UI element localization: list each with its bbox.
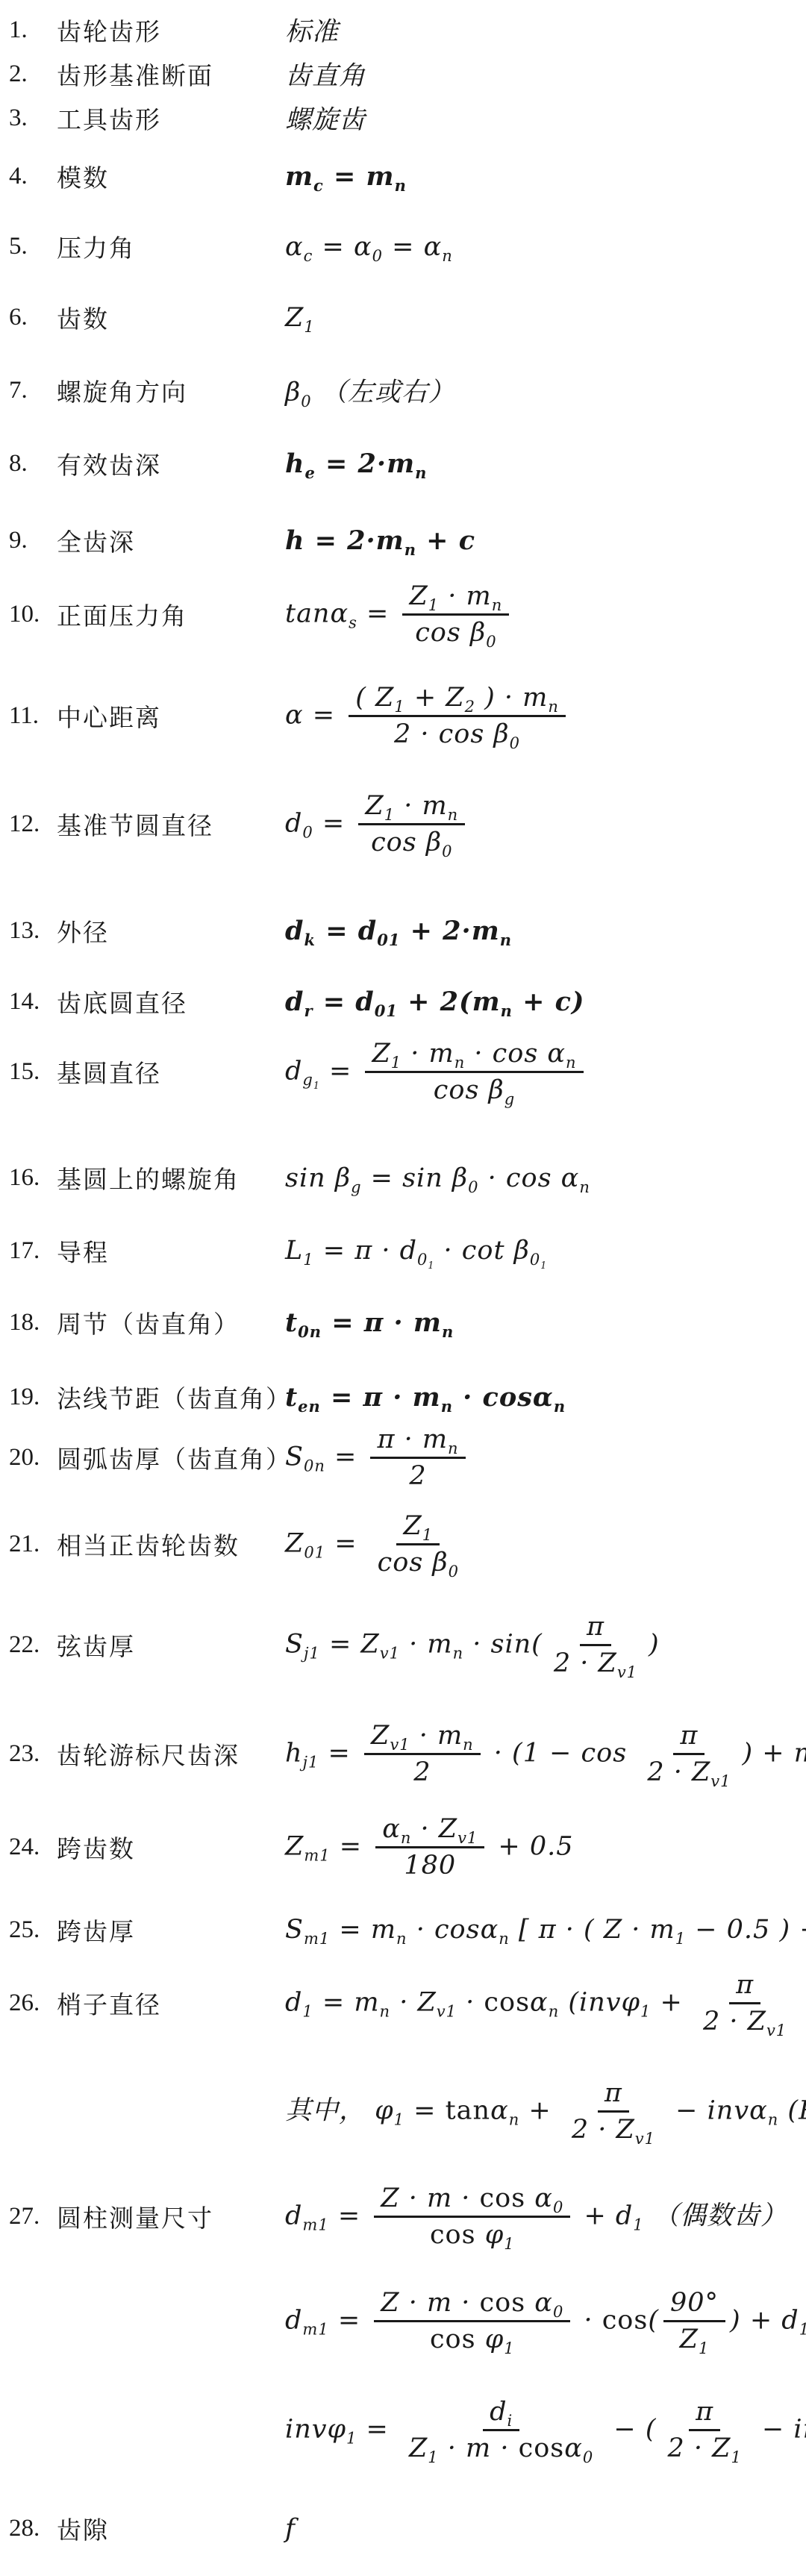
- formula-row: 18. 周节（齿直角） t0n = π · mn: [9, 1305, 806, 1340]
- item-number: 17.: [9, 1237, 57, 1265]
- item-formula: he = 2·mn: [285, 448, 806, 479]
- formula-row: 23. 齿轮游标尺齿深 hj1 = Zv1 · mn2 · (1 − cos π…: [9, 1721, 806, 1788]
- item-formula: dg1 = Z1 · mn · cos αncos βg: [285, 1039, 806, 1106]
- item-formula: L1 = π · d01 · cot β01: [285, 1236, 806, 1266]
- formula-continuation-row: dm1 = Z · m · cos α0cos φ1 · cos(90°Z1) …: [9, 2288, 806, 2355]
- item-number: 13.: [9, 917, 57, 945]
- item-label: 压力角: [57, 229, 285, 264]
- item-number: 27.: [9, 2203, 57, 2230]
- item-label: 外径: [57, 913, 285, 948]
- item-label: 齿隙: [57, 2511, 285, 2546]
- formula-row: 11. 中心距离 α = ( Z1 + Z2 ) · mn2 · cos β0: [9, 683, 806, 750]
- item-label: 工具齿形: [57, 101, 285, 136]
- formula-row: 27. 圆柱测量尺寸 dm1 = Z · m · cos α0cos φ1 + …: [9, 2183, 806, 2251]
- item-formula: Sj1 = Zv1 · mn · sin(π2 · Zv1): [285, 1612, 806, 1679]
- item-formula: Zm1 = αn · Zv1180 + 0.5: [285, 1814, 806, 1881]
- item-formula: Z01 = Z1cos β0: [285, 1511, 806, 1578]
- item-label: 全齿深: [57, 523, 285, 558]
- item-number: 25.: [9, 1916, 57, 1944]
- item-label: 齿底圆直径: [57, 984, 285, 1019]
- formula-row: 7. 螺旋角方向 β0 （左或右）: [9, 372, 806, 409]
- item-label: 齿形基准断面: [57, 57, 285, 92]
- item-formula: dm1 = Z · m · cos α0cos φ1 + d1 （偶数齿）: [285, 2183, 806, 2251]
- formula-row: 10. 正面压力角 tanαs = Z1 · mncos β0: [9, 581, 806, 648]
- formula-sheet: 1. 齿轮齿形 标准 2. 齿形基准断面 齿直角 3. 工具齿形 螺旋齿 4. …: [9, 11, 806, 2546]
- item-formula: d0 = Z1 · mncos β0: [285, 791, 806, 858]
- item-formula: t0n = π · mn: [285, 1307, 806, 1338]
- item-label: 跨齿厚: [57, 1913, 285, 1948]
- formula-row: 17. 导程 L1 = π · d01 · cot β01: [9, 1234, 806, 1269]
- item-number: 20.: [9, 1444, 57, 1472]
- item-formula: invφ1 = diZ1 · m · cosα0 − (π2 · Z1 − in…: [285, 2397, 806, 2464]
- item-number: 14.: [9, 988, 57, 1016]
- item-number: 10.: [9, 601, 57, 628]
- item-number: 11.: [9, 702, 57, 730]
- item-formula: dk = d01 + 2·mn: [285, 916, 806, 946]
- item-number: 19.: [9, 1384, 57, 1411]
- item-label: 螺旋角方向: [57, 373, 285, 408]
- formula-row: 20. 圆弧齿厚（齿直角） S0n = π · mn2: [9, 1425, 806, 1492]
- formula-row: 19. 法线节距（齿直角） ten = π · mn · cosαn: [9, 1380, 806, 1415]
- item-formula: h = 2·mn + c: [285, 525, 806, 556]
- item-formula: mc = mn: [285, 161, 806, 192]
- item-number: 16.: [9, 1164, 57, 1192]
- item-label: 梢子直径: [57, 1986, 285, 2021]
- item-label: 中心距离: [57, 698, 285, 734]
- item-number: 24.: [9, 1833, 57, 1861]
- item-number: 22.: [9, 1631, 57, 1659]
- item-label: 有效齿深: [57, 446, 285, 481]
- item-label: 法线节距（齿直角）: [57, 1380, 285, 1415]
- formula-row: 25. 跨齿厚 Sm1 = mn · cosαn [ π · ( Z · m1 …: [9, 1913, 806, 1948]
- item-formula: αc = α0 = αn: [285, 232, 806, 262]
- item-formula: 其中， φ1 = tanαn + π2 · Zv1 − invαn (Rad): [285, 2078, 806, 2145]
- item-label: 跨齿数: [57, 1830, 285, 1865]
- item-label: 齿轮游标尺齿深: [57, 1736, 285, 1772]
- item-label: 基圆上的螺旋角: [57, 1160, 285, 1195]
- item-number: 23.: [9, 1740, 57, 1768]
- item-number: 2.: [9, 60, 57, 88]
- item-label: 模数: [57, 159, 285, 194]
- formula-row: 8. 有效齿深 he = 2·mn: [9, 446, 806, 481]
- formula-row: 2. 齿形基准断面 齿直角: [9, 55, 806, 93]
- item-label: 齿数: [57, 300, 285, 335]
- item-formula: Sm1 = mn · cosαn [ π · ( Z · m1 − 0.5 ) …: [285, 1915, 806, 1945]
- formula-row: 9. 全齿深 h = 2·mn + c: [9, 523, 806, 558]
- item-number: 18.: [9, 1309, 57, 1337]
- item-number: 6.: [9, 304, 57, 331]
- item-label: 正面压力角: [57, 597, 285, 632]
- item-number: 15.: [9, 1058, 57, 1086]
- item-formula: 齿直角: [285, 55, 806, 93]
- item-label: 圆柱测量尺寸: [57, 2199, 285, 2234]
- item-number: 1.: [9, 16, 57, 44]
- item-number: 4.: [9, 163, 57, 190]
- item-formula: S0n = π · mn2: [285, 1425, 806, 1492]
- formula-row: 22. 弦齿厚 Sj1 = Zv1 · mn · sin(π2 · Zv1): [9, 1612, 806, 1679]
- item-label: 基准节圆直径: [57, 807, 285, 842]
- item-formula: dr = d01 + 2(mn + c): [285, 987, 806, 1017]
- formula-continuation-row: 其中， φ1 = tanαn + π2 · Zv1 − invαn (Rad): [9, 2078, 806, 2145]
- item-number: 7.: [9, 377, 57, 404]
- item-formula: ten = π · mn · cosαn: [285, 1382, 806, 1413]
- item-formula: hj1 = Zv1 · mn2 · (1 − cos π2 · Zv1) + m…: [285, 1721, 806, 1788]
- item-formula: 标准: [285, 11, 806, 49]
- item-formula: f: [285, 2514, 806, 2544]
- item-number: 9.: [9, 527, 57, 554]
- formula-row: 13. 外径 dk = d01 + 2·mn: [9, 913, 806, 948]
- formula-continuation-row: invφ1 = diZ1 · m · cosα0 − (π2 · Z1 − in…: [9, 2397, 806, 2464]
- formula-row: 15. 基圆直径 dg1 = Z1 · mn · cos αncos βg: [9, 1039, 806, 1106]
- item-formula: tanαs = Z1 · mncos β0: [285, 581, 806, 648]
- item-label: 基圆直径: [57, 1054, 285, 1090]
- formula-row: 5. 压力角 αc = α0 = αn: [9, 229, 806, 264]
- item-number: 5.: [9, 233, 57, 260]
- item-label: 齿轮齿形: [57, 13, 285, 48]
- item-formula: dm1 = Z · m · cos α0cos φ1 · cos(90°Z1) …: [285, 2288, 806, 2355]
- formula-row: 4. 模数 mc = mn: [9, 159, 806, 194]
- formula-row: 21. 相当正齿轮齿数 Z01 = Z1cos β0: [9, 1511, 806, 1578]
- item-label: 圆弧齿厚（齿直角）: [57, 1440, 285, 1475]
- item-formula: 螺旋齿: [285, 99, 806, 137]
- item-number: 26.: [9, 1989, 57, 2017]
- item-number: 8.: [9, 450, 57, 478]
- item-label: 导程: [57, 1234, 285, 1269]
- formula-row: 16. 基圆上的螺旋角 sin βg = sin β0 · cos αn: [9, 1160, 806, 1195]
- formula-row: 6. 齿数 Z1: [9, 300, 806, 335]
- item-formula: β0 （左或右）: [285, 372, 806, 409]
- item-label: 弦齿厚: [57, 1628, 285, 1663]
- formula-row: 28. 齿隙 f: [9, 2511, 806, 2546]
- formula-row: 12. 基准节圆直径 d0 = Z1 · mncos β0: [9, 791, 806, 858]
- formula-row: 26. 梢子直径 d1 = mn · Zv1 · cosαn (invφ1 + …: [9, 1970, 806, 2037]
- item-number: 12.: [9, 810, 57, 838]
- item-formula: sin βg = sin β0 · cos αn: [285, 1163, 806, 1193]
- item-number: 21.: [9, 1531, 57, 1558]
- formula-row: 24. 跨齿数 Zm1 = αn · Zv1180 + 0.5: [9, 1814, 806, 1881]
- item-label: 相当正齿轮齿数: [57, 1527, 285, 1562]
- item-label: 周节（齿直角）: [57, 1305, 285, 1340]
- item-formula: d1 = mn · Zv1 · cosαn (invφ1 + π2 · Zv1 …: [285, 1970, 806, 2037]
- formula-row: 1. 齿轮齿形 标准: [9, 11, 806, 49]
- item-number: 28.: [9, 2515, 57, 2542]
- item-formula: Z1: [285, 303, 806, 333]
- formula-row: 14. 齿底圆直径 dr = d01 + 2(mn + c): [9, 984, 806, 1019]
- item-number: 3.: [9, 104, 57, 132]
- item-formula: α = ( Z1 + Z2 ) · mn2 · cos β0: [285, 683, 806, 750]
- formula-row: 3. 工具齿形 螺旋齿: [9, 99, 806, 137]
